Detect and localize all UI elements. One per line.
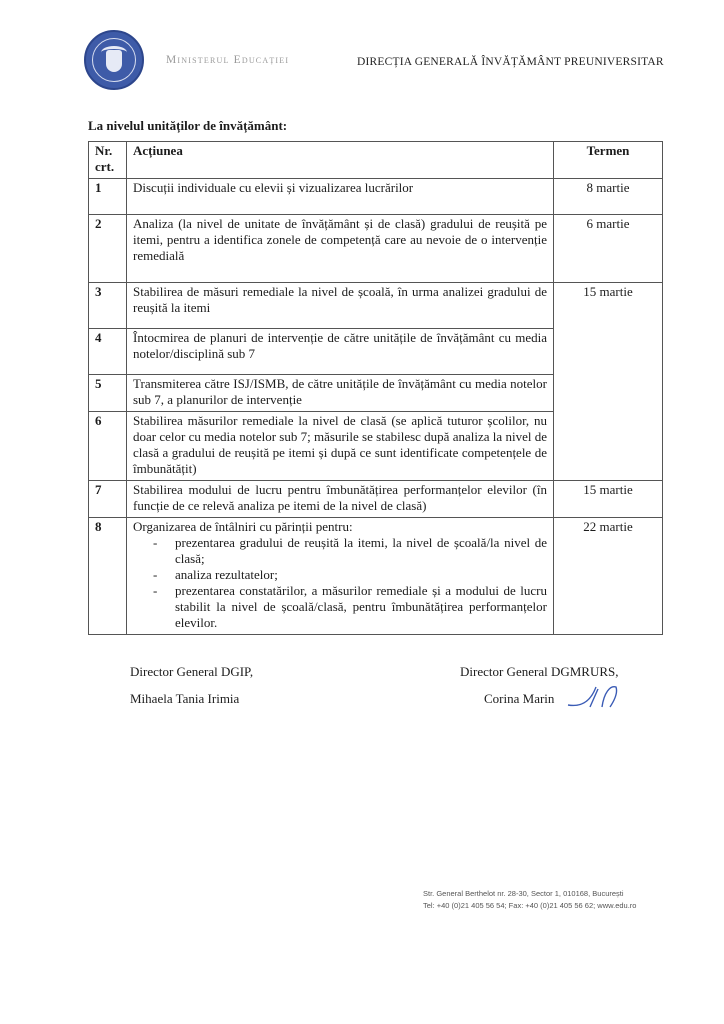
footer-address: Str. General Berthelot nr. 28-30, Sector… — [423, 888, 636, 900]
header-term: Termen — [554, 142, 663, 179]
header-action: Acțiunea — [127, 142, 554, 179]
government-emblem-icon — [84, 30, 144, 90]
section-title: La nivelul unităților de învățământ: — [88, 118, 287, 134]
table-header-row: Nr. crt. Acțiunea Termen — [89, 142, 663, 179]
table-row: 8 Organizarea de întâlniri cu părinții p… — [89, 518, 663, 635]
footer-contact: Str. General Berthelot nr. 28-30, Sector… — [423, 888, 636, 912]
table-row: 1 Discuții individuale cu elevii și vizu… — [89, 179, 663, 215]
table-row: 3 Stabilirea de măsuri remediale la nive… — [89, 283, 663, 329]
handwritten-signature-icon — [566, 683, 622, 709]
actions-table: Nr. crt. Acțiunea Termen 1 Discuții indi… — [88, 141, 663, 635]
footer-phone: Tel: +40 (0)21 405 56 54; Fax: +40 (0)21… — [423, 900, 636, 912]
right-signatory-title: Director General DGMRURS, — [460, 664, 619, 680]
ministry-name: Ministerul Educației — [166, 54, 289, 66]
right-signatory-name: Corina Marin — [484, 691, 554, 707]
table-row: 7 Stabilirea modului de lucru pentru îmb… — [89, 481, 663, 518]
table-row: 2 Analiza (la nivel de unitate de învăță… — [89, 215, 663, 283]
direction-name: DIRECȚIA GENERALĂ ÎNVĂȚĂMÂNT PREUNIVERSI… — [357, 56, 664, 68]
left-signatory-name: Mihaela Tania Irimia — [130, 691, 239, 707]
list-item: analiza rezultatelor; — [175, 567, 547, 583]
list-item: prezentarea constatărilor, a măsurilor r… — [175, 583, 547, 631]
subitem-list: prezentarea gradului de reușită la itemi… — [133, 535, 547, 631]
letterhead: Ministerul Educației DIRECȚIA GENERALĂ Î… — [0, 0, 724, 110]
left-signatory-title: Director General DGIP, — [130, 664, 253, 680]
header-nr: Nr. crt. — [89, 142, 127, 179]
list-item: prezentarea gradului de reușită la itemi… — [175, 535, 547, 567]
